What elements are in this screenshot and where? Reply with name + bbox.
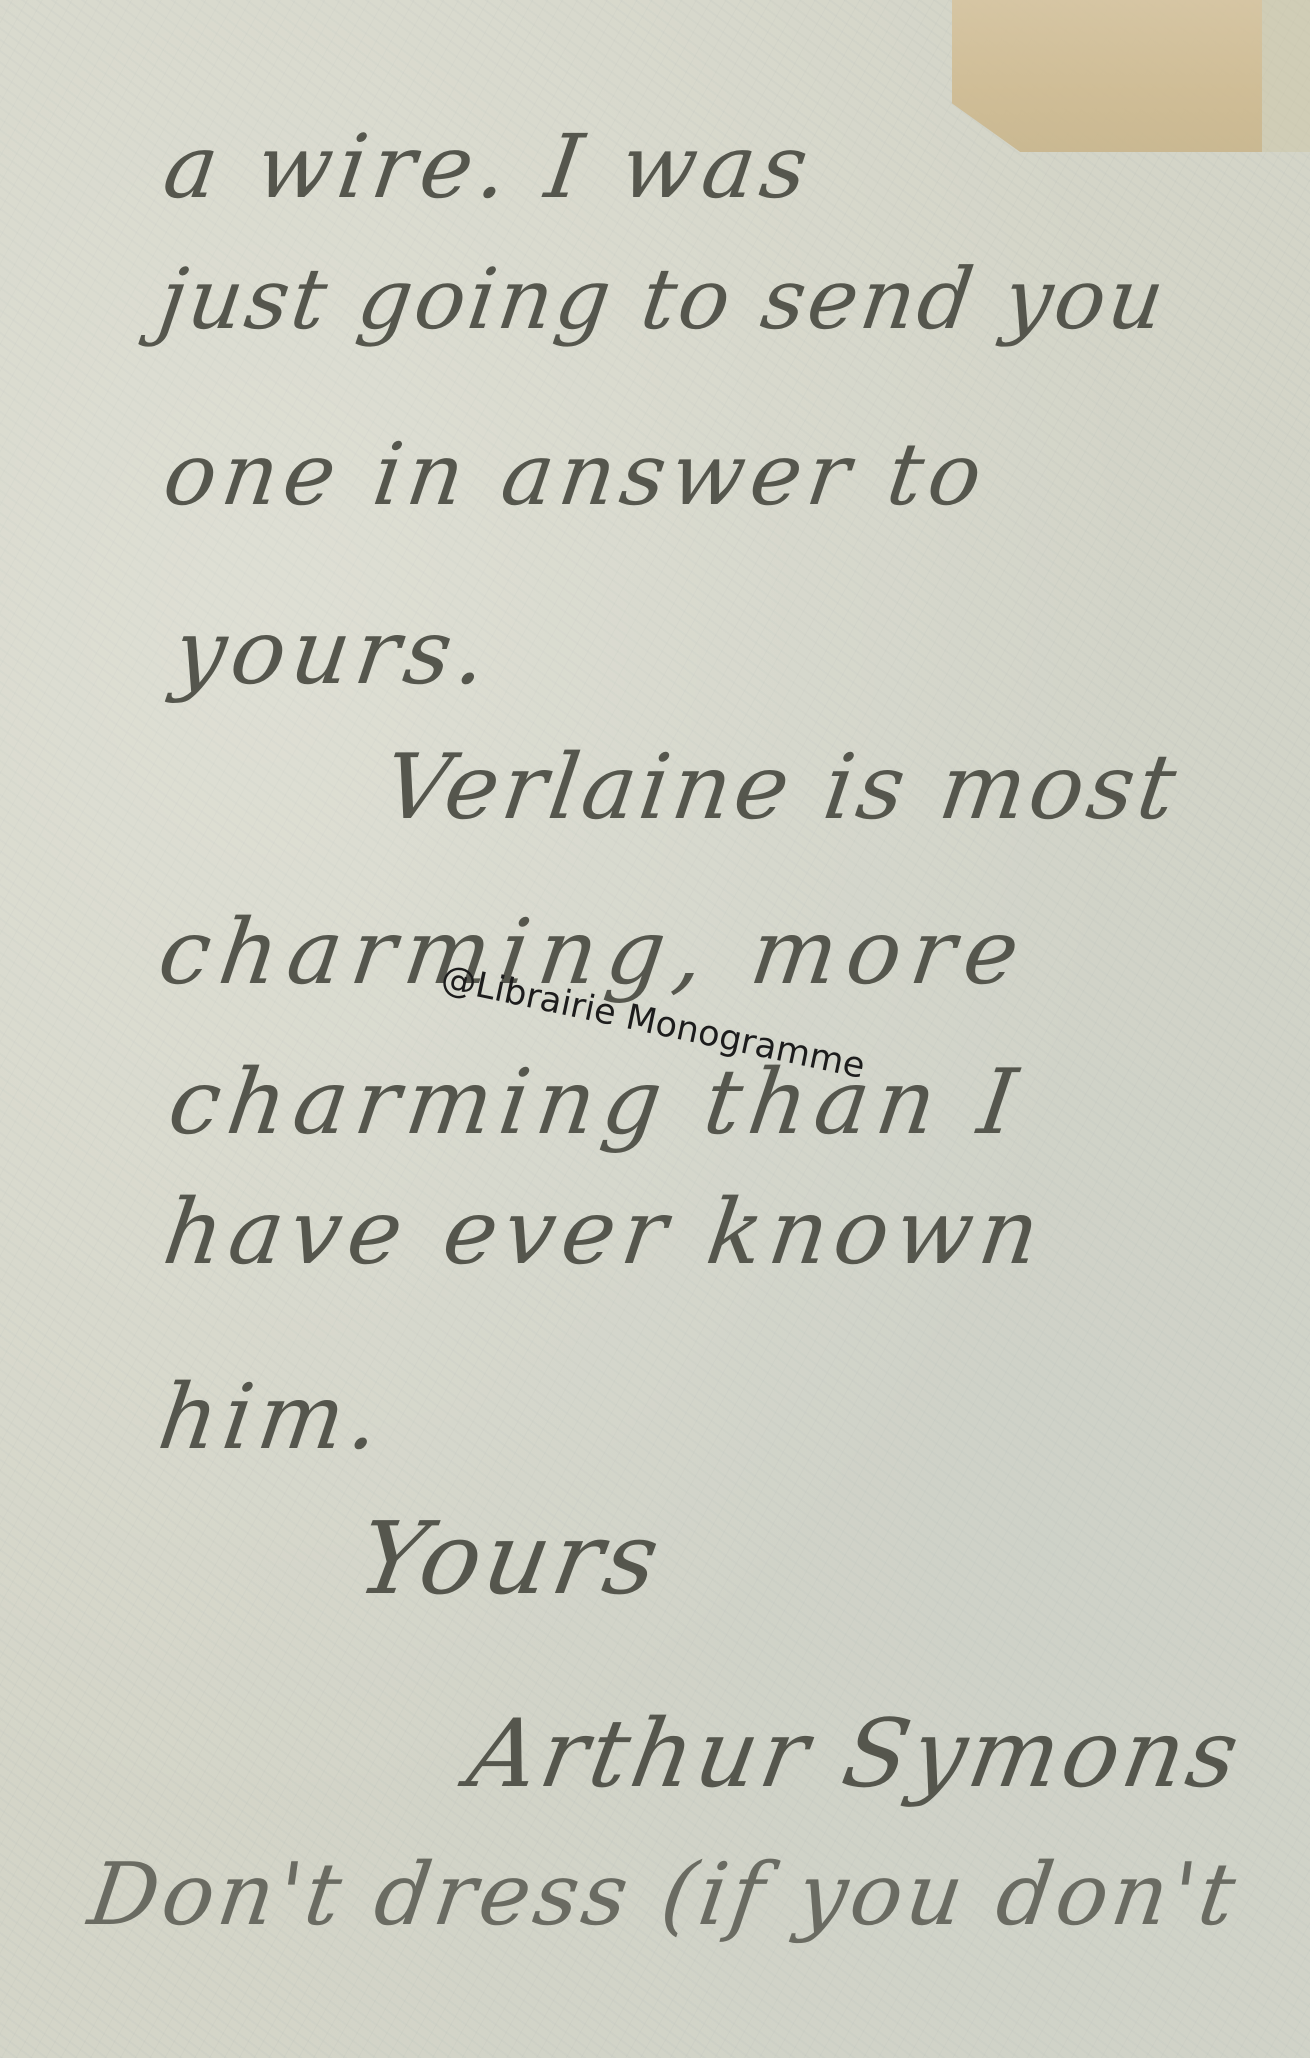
signature: Arthur Symons xyxy=(460,1700,1250,1809)
letter-page: a wire. I was just going to send you one… xyxy=(0,0,1310,2058)
postscript-line: Don't dress (if you don't xyxy=(83,1845,1245,1945)
tape-edge xyxy=(1262,0,1310,152)
letter-line-1: a wire. I was xyxy=(158,115,820,218)
letter-line-2: just going to send you xyxy=(153,250,1173,348)
letter-line-3: one in answer to xyxy=(158,425,994,525)
letter-line-8: have ever known xyxy=(158,1180,1053,1285)
letter-line-4: yours. xyxy=(168,600,500,705)
letter-line-5: Verlaine is most xyxy=(378,735,1186,840)
letter-line-7: charming than I xyxy=(163,1050,1031,1155)
adhesive-tape xyxy=(952,0,1262,152)
letter-closing: Yours xyxy=(350,1500,672,1617)
letter-line-9: him. xyxy=(153,1365,392,1470)
